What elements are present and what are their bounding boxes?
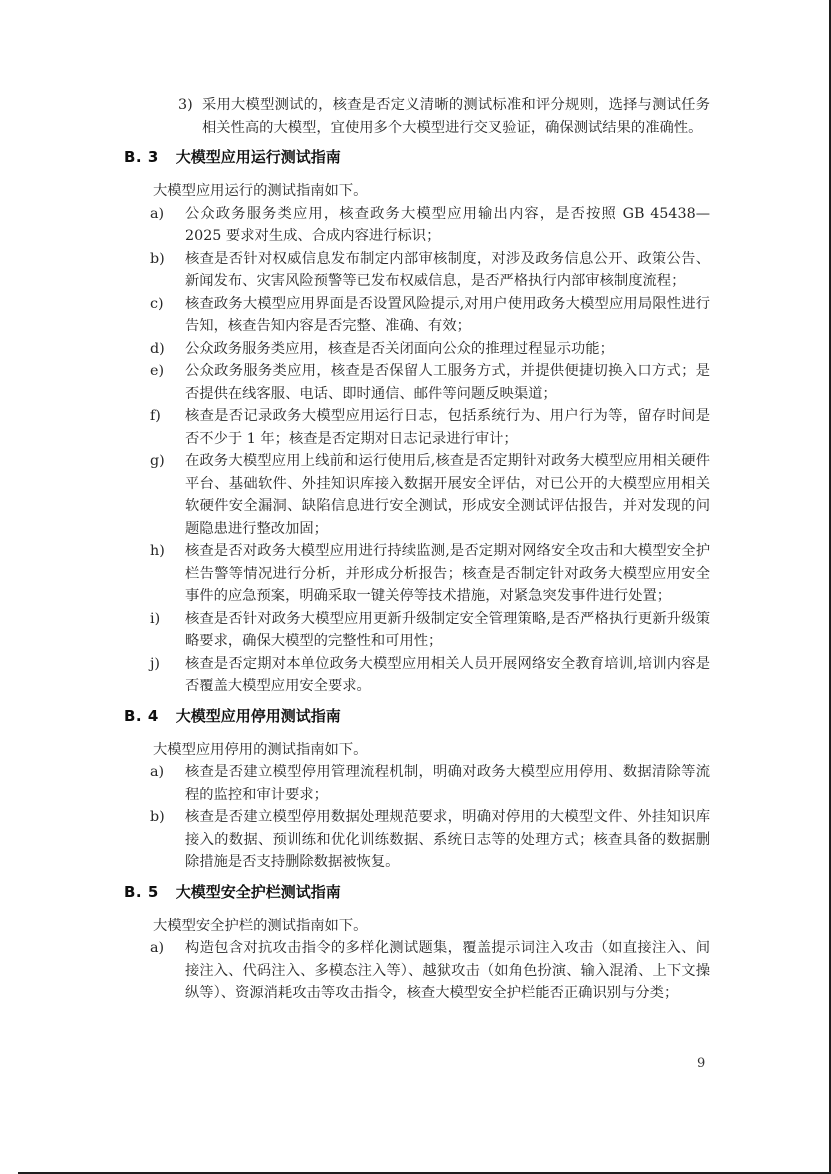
list-item-marker: g): [150, 450, 185, 540]
list-item-text: 公众政务服务类应用，核查是否关闭面向公众的推理过程显示功能；: [185, 338, 710, 361]
list-item-text: 核查是否记录政务大模型应用运行日志，包括系统行为、用户行为等，留存时间是否不少于…: [185, 405, 710, 450]
list-item: e) 公众政务服务类应用，核查是否保留人工服务方式，并提供便捷切换入口方式；是否…: [124, 360, 710, 405]
list-item-text: 公众政务服务类应用，核查是否保留人工服务方式，并提供便捷切换入口方式；是否提供在…: [185, 360, 710, 405]
list-item-text: 公众政务服务类应用，核查政务大模型应用输出内容，是否按照 GB 45438—20…: [185, 203, 710, 248]
list-item-marker: b): [150, 248, 185, 293]
list-item-marker: a): [150, 761, 185, 806]
list-item-marker: f): [150, 405, 185, 450]
list-item-marker: i): [150, 608, 185, 653]
list-item-text: 在政务大模型应用上线前和运行使用后,核查是否定期针对政务大模型应用相关硬件平台、…: [185, 450, 710, 540]
list-item: b) 核查是否建立模型停用数据处理规范要求，明确对停用的大模型文件、外挂知识库接…: [124, 806, 710, 874]
list-item-text: 核查是否建立模型停用管理流程机制，明确对政务大模型应用停用、数据清除等流程的监控…: [185, 761, 710, 806]
section-title: 大模型应用运行测试指南: [176, 147, 341, 168]
list-item-marker: d): [150, 338, 185, 361]
list-item: 3) 采用大模型测试的，核查是否定义清晰的测试标准和评分规则，选择与测试任务相关…: [124, 94, 710, 139]
section-intro: 大模型应用运行的测试指南如下。: [124, 180, 710, 203]
list-item: a) 构造包含对抗攻击指令的多样化测试题集，覆盖提示词注入攻击（如直接注入、间接…: [124, 937, 710, 1005]
list-item-marker: e): [150, 360, 185, 405]
list-item: i) 核查是否针对政务大模型应用更新升级制定安全管理策略,是否严格执行更新升级策…: [124, 608, 710, 653]
section-intro: 大模型应用停用的测试指南如下。: [124, 739, 710, 762]
list-item: a) 核查是否建立模型停用管理流程机制，明确对政务大模型应用停用、数据清除等流程…: [124, 761, 710, 806]
list-item-marker: h): [150, 540, 185, 608]
list-item-text: 采用大模型测试的，核查是否定义清晰的测试标准和评分规则，选择与测试任务相关性高的…: [202, 94, 710, 139]
list-item: j) 核查是否定期对本单位政务大模型应用相关人员开展网络安全教育培训,培训内容是…: [124, 653, 710, 698]
list-item-marker: a): [150, 937, 185, 1005]
section-label: B. 4: [124, 706, 159, 727]
list-item-text: 核查是否针对政务大模型应用更新升级制定安全管理策略,是否严格执行更新升级策略要求…: [185, 608, 710, 653]
section-heading-b3: B. 3 大模型应用运行测试指南: [124, 147, 710, 168]
list-item-text: 核查是否针对权威信息发布制定内部审核制度，对涉及政务信息公开、政策公告、新闻发布…: [185, 248, 710, 293]
section-intro: 大模型安全护栏的测试指南如下。: [124, 915, 710, 938]
list-item-marker: j): [150, 653, 185, 698]
section-heading-b5: B. 5 大模型安全护栏测试指南: [124, 882, 710, 903]
document-page: 3) 采用大模型测试的，核查是否定义清晰的测试标准和评分规则，选择与测试任务相关…: [0, 0, 831, 1174]
list-item-text: 核查是否建立模型停用数据处理规范要求，明确对停用的大模型文件、外挂知识库接入的数…: [185, 806, 710, 874]
list-item: c) 核查政务大模型应用界面是否设置风险提示,对用户使用政务大模型应用局限性进行…: [124, 293, 710, 338]
page-content: 3) 采用大模型测试的，核查是否定义清晰的测试标准和评分规则，选择与测试任务相关…: [124, 94, 710, 1005]
list-item: f) 核查是否记录政务大模型应用运行日志，包括系统行为、用户行为等，留存时间是否…: [124, 405, 710, 450]
list-item-text: 核查政务大模型应用界面是否设置风险提示,对用户使用政务大模型应用局限性进行告知，…: [185, 293, 710, 338]
section-label: B. 3: [124, 147, 159, 168]
list-item-marker: a): [150, 203, 185, 248]
list-item: b) 核查是否针对权威信息发布制定内部审核制度，对涉及政务信息公开、政策公告、新…: [124, 248, 710, 293]
list-item-text: 构造包含对抗攻击指令的多样化测试题集，覆盖提示词注入攻击（如直接注入、间接注入、…: [185, 937, 710, 1005]
list-item: h) 核查是否对政务大模型应用进行持续监测,是否定期对网络安全攻击和大模型安全护…: [124, 540, 710, 608]
list-item-marker: 3): [178, 94, 202, 139]
section-title: 大模型应用停用测试指南: [176, 706, 341, 727]
list-item: a) 公众政务服务类应用，核查政务大模型应用输出内容，是否按照 GB 45438…: [124, 203, 710, 248]
page-number: 9: [697, 1056, 705, 1072]
list-item: g) 在政务大模型应用上线前和运行使用后,核查是否定期针对政务大模型应用相关硬件…: [124, 450, 710, 540]
list-item-text: 核查是否定期对本单位政务大模型应用相关人员开展网络安全教育培训,培训内容是否覆盖…: [185, 653, 710, 698]
list-item-marker: c): [150, 293, 185, 338]
section-label: B. 5: [124, 882, 159, 903]
list-item-marker: b): [150, 806, 185, 874]
section-title: 大模型安全护栏测试指南: [176, 882, 341, 903]
section-heading-b4: B. 4 大模型应用停用测试指南: [124, 706, 710, 727]
list-item-text: 核查是否对政务大模型应用进行持续监测,是否定期对网络安全攻击和大模型安全护栏告警…: [185, 540, 710, 608]
list-item: d) 公众政务服务类应用，核查是否关闭面向公众的推理过程显示功能；: [124, 338, 710, 361]
